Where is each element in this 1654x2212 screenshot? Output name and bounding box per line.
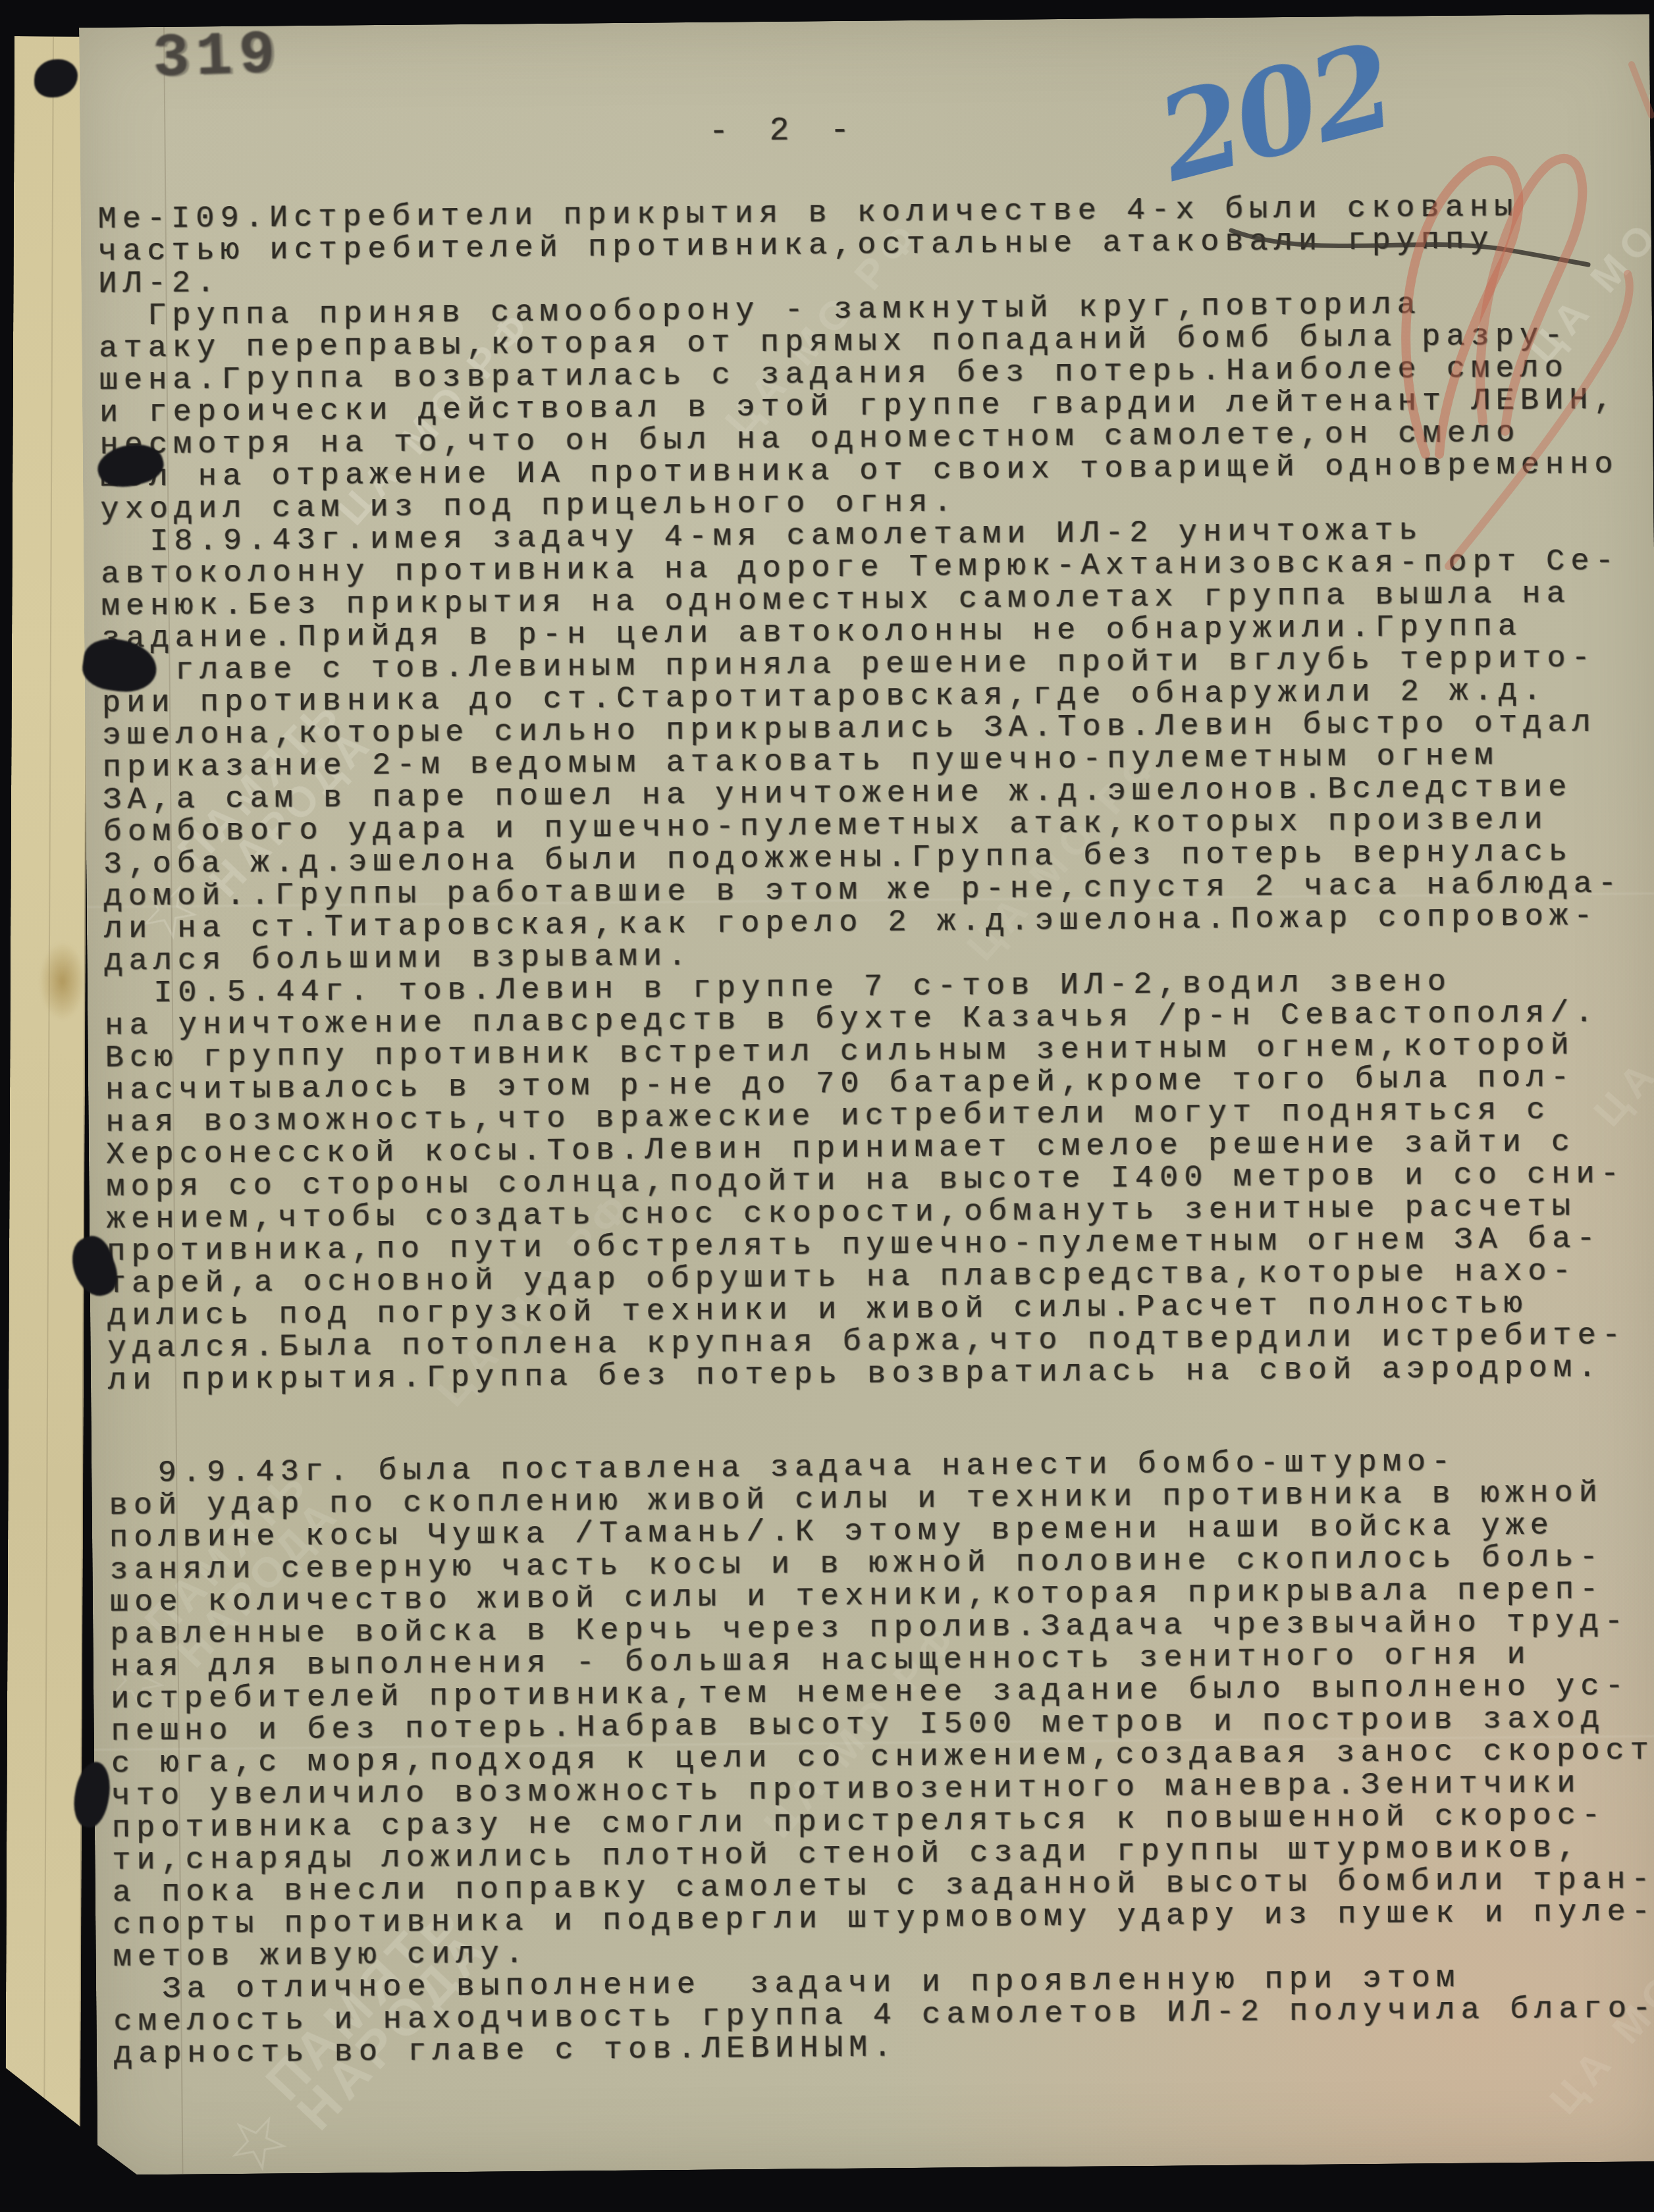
paper-crease bbox=[43, 36, 54, 2126]
typed-page-header: - 2 - bbox=[708, 112, 861, 151]
archive-page-number-stamp: 319 bbox=[152, 20, 283, 94]
scanned-document: ЦА МО РФ ЦА МО РФ ЦА МО РФ ЦА МО РФ ЦА М… bbox=[0, 0, 1654, 2212]
paper-stain bbox=[39, 941, 86, 1020]
document-text: Ме-I09.Истребители прикрытия в количеств… bbox=[97, 190, 1654, 2070]
document-page: ЦА МО РФ ЦА МО РФ ЦА МО РФ ЦА МО РФ ЦА М… bbox=[79, 14, 1654, 2175]
handwritten-page-number: 202 bbox=[1145, 16, 1405, 208]
star-icon: ☆ bbox=[219, 2099, 298, 2175]
